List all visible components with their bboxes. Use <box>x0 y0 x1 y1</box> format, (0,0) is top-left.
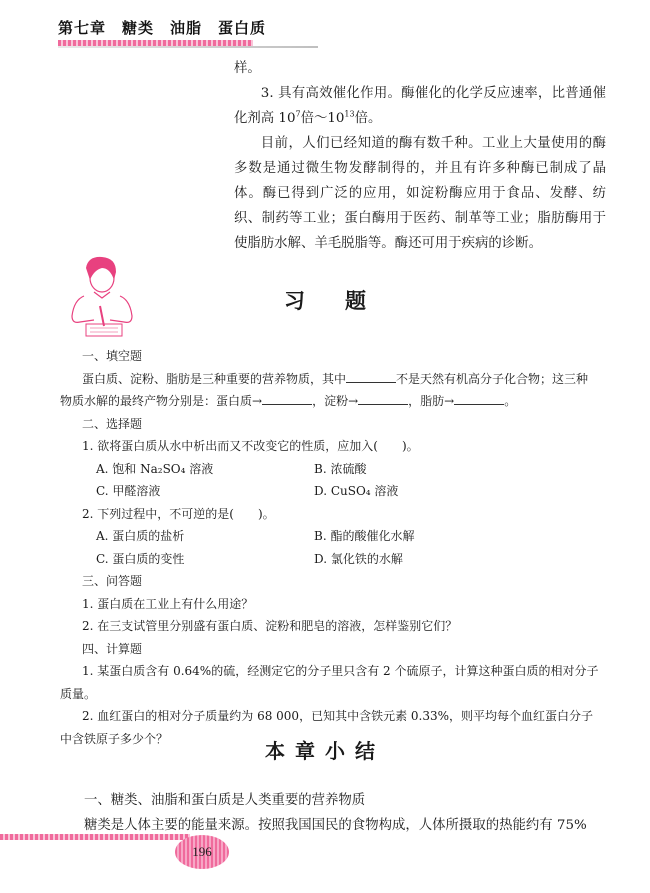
qa-question-2: 2. 在三支试管里分别盛有蛋白质、淀粉和肥皂的溶液，怎样鉴别它们？ <box>60 615 600 638</box>
choice-options-row: A. 饱和 Na₂SO₄ 溶液 B. 浓硫酸 <box>60 458 600 481</box>
summary-heading-1: 一、糖类、油脂和蛋白质是人类重要的营养物质 <box>84 788 614 813</box>
page-number: 196 <box>192 844 212 860</box>
exercises-section: 一、填空题 蛋白质、淀粉、脂肪是三种重要的营养物质，其中不是天然有机高分子化合物… <box>60 345 600 750</box>
option-b: B. 酯的酸催化水解 <box>314 525 414 548</box>
fill-blank-heading: 一、填空题 <box>60 345 600 368</box>
answer-blank[interactable] <box>358 392 408 405</box>
footer-decorative-bar <box>0 834 190 840</box>
intro-section: 样。 3. 具有高效催化作用。酶催化的化学反应速率，比普通催化剂高 107倍～1… <box>234 56 606 256</box>
qa-question-1: 1. 蛋白质在工业上有什么用途？ <box>60 593 600 616</box>
choice-options-row: C. 蛋白质的变性 D. 氯化铁的水解 <box>60 548 600 571</box>
exercises-title: 习题 <box>0 285 650 315</box>
choice-question-1: 1. 欲将蛋白质从水中析出而又不改变它的性质，应加入( )。 <box>60 435 600 458</box>
choice-question-2: 2. 下列过程中，不可逆的是( )。 <box>60 503 600 526</box>
choice-options-row: A. 蛋白质的盐析 B. 酯的酸催化水解 <box>60 525 600 548</box>
calc-heading: 四、计算题 <box>60 638 600 661</box>
choice-options-row: C. 甲醛溶液 D. CuSO₄ 溶液 <box>60 480 600 503</box>
intro-line-tail: 样。 <box>234 56 606 81</box>
summary-section: 一、糖类、油脂和蛋白质是人类重要的营养物质 糖类是人体主要的能量来源。按照我国国… <box>84 788 614 838</box>
summary-title: 本章小结 <box>0 735 650 764</box>
option-d: D. CuSO₄ 溶液 <box>314 480 398 503</box>
answer-blank[interactable] <box>454 392 504 405</box>
chapter-header: 第七章 糖类 油脂 蛋白质 <box>58 17 266 38</box>
option-c: C. 蛋白质的变性 <box>96 548 314 571</box>
answer-blank[interactable] <box>346 370 396 383</box>
intro-paragraph: 目前，人们已经知道的酶有数千种。工业上大量使用的酶多数是通过微生物发酵制得的，并… <box>234 131 606 256</box>
option-b: B. 浓硫酸 <box>314 458 366 481</box>
calc-question-1: 1. 某蛋白质含有 0.64%的硫，经测定它的分子里只含有 2 个硫原子，计算这… <box>60 660 600 705</box>
answer-blank[interactable] <box>262 392 312 405</box>
option-a: A. 蛋白质的盐析 <box>96 525 314 548</box>
option-c: C. 甲醛溶液 <box>96 480 314 503</box>
fill-blank-question: 蛋白质、淀粉、脂肪是三种重要的营养物质，其中不是天然有机高分子化合物；这三种物质… <box>60 368 600 413</box>
choice-heading: 二、选择题 <box>60 413 600 436</box>
page-number-badge: 196 <box>175 835 229 869</box>
option-a: A. 饱和 Na₂SO₄ 溶液 <box>96 458 314 481</box>
intro-point-3: 3. 具有高效催化作用。酶催化的化学反应速率，比普通催化剂高 107倍～1013… <box>234 81 606 131</box>
header-rule <box>58 46 318 48</box>
qa-heading: 三、问答题 <box>60 570 600 593</box>
option-d: D. 氯化铁的水解 <box>314 548 403 571</box>
